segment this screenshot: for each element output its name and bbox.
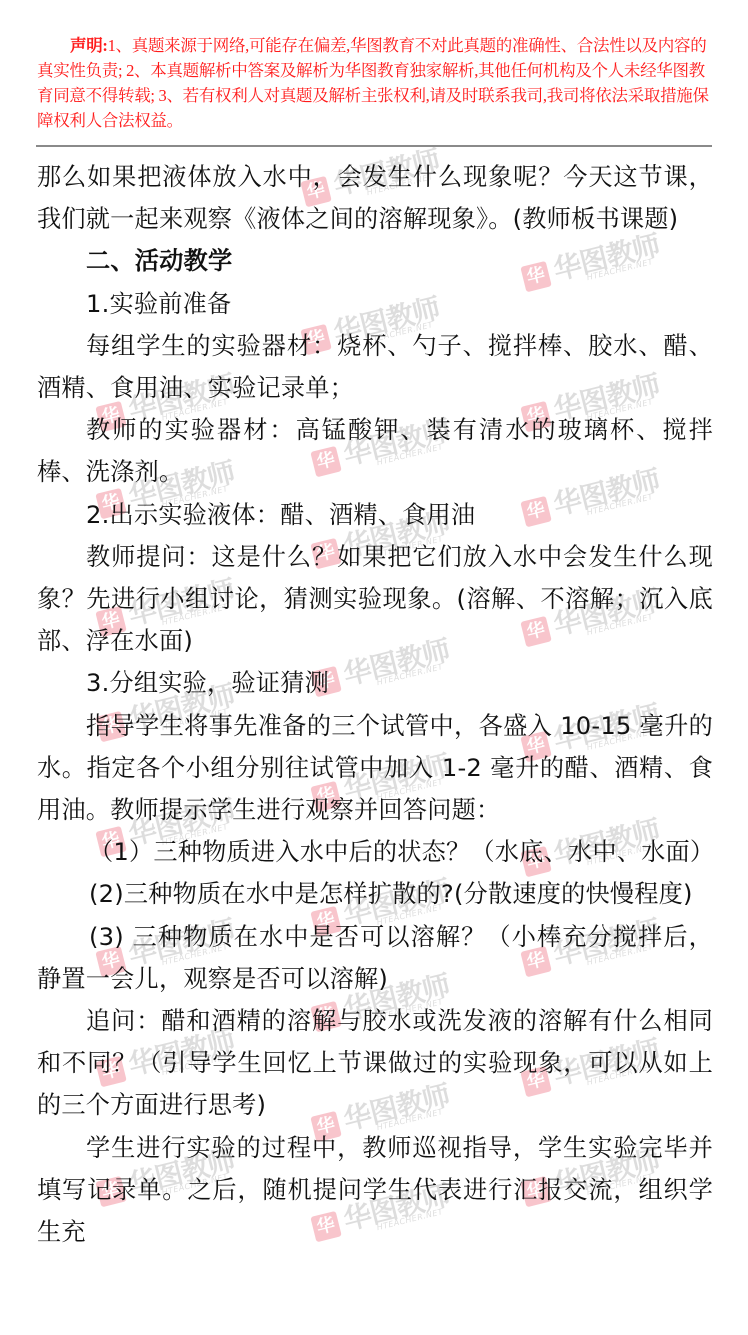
follow-up-question: 追问：醋和酒精的溶解与胶水或洗发液的溶解有什么相同和不同？（引导学生回忆上节课做… bbox=[37, 1000, 713, 1127]
disclaimer-lead: 声明: bbox=[37, 36, 108, 55]
step3-instruction: 指导学生将事先准备的三个试管中，各盛入 10-15 毫升的水。指定各个小组分别往… bbox=[37, 705, 713, 832]
step1-students-materials: 每组学生的实验器材：烧杯、勺子、搅拌棒、胶水、醋、酒精、食用油、实验记录单； bbox=[37, 325, 713, 409]
step1-title: 1.实验前准备 bbox=[37, 283, 713, 325]
divider bbox=[36, 145, 712, 147]
question-1: （1）三种物质进入水中后的状态？（水底、水中、水面） bbox=[37, 831, 713, 873]
step2-title: 2.出示实验液体：醋、酒精、食用油 bbox=[37, 494, 713, 536]
step2-question: 教师提问：这是什么？如果把它们放入水中会发生什么现象？先进行小组讨论，猜测实验现… bbox=[37, 536, 713, 663]
intro-paragraph: 那么如果把液体放入水中，会发生什么现象呢？今天这节课，我们就一起来观察《液体之间… bbox=[37, 156, 713, 240]
step3-title: 3.分组实验，验证猜测 bbox=[37, 662, 713, 704]
disclaimer: 声明:1、真题来源于网络,可能存在偏差,华图教育不对此真题的准确性、合法性以及内… bbox=[37, 33, 711, 133]
question-3: (3) 三种物质在水中是否可以溶解？（小棒充分搅拌后，静置一会儿，观察是否可以溶… bbox=[37, 916, 713, 1000]
disclaimer-text: 1、真题来源于网络,可能存在偏差,华图教育不对此真题的准确性、合法性以及内容的真… bbox=[37, 36, 709, 130]
closing-paragraph: 学生进行实验的过程中，教师巡视指导，学生实验完毕并填写记录单。之后，随机提问学生… bbox=[37, 1127, 713, 1254]
step1-teacher-materials: 教师的实验器材：高锰酸钾、装有清水的玻璃杯、搅拌棒、洗涤剂。 bbox=[37, 409, 713, 493]
document-body: 那么如果把液体放入水中，会发生什么现象呢？今天这节课，我们就一起来观察《液体之间… bbox=[37, 156, 713, 1253]
question-2: (2)三种物质在水中是怎样扩散的?(分散速度的快慢程度) bbox=[37, 873, 713, 915]
section-heading: 二、活动教学 bbox=[37, 240, 713, 282]
